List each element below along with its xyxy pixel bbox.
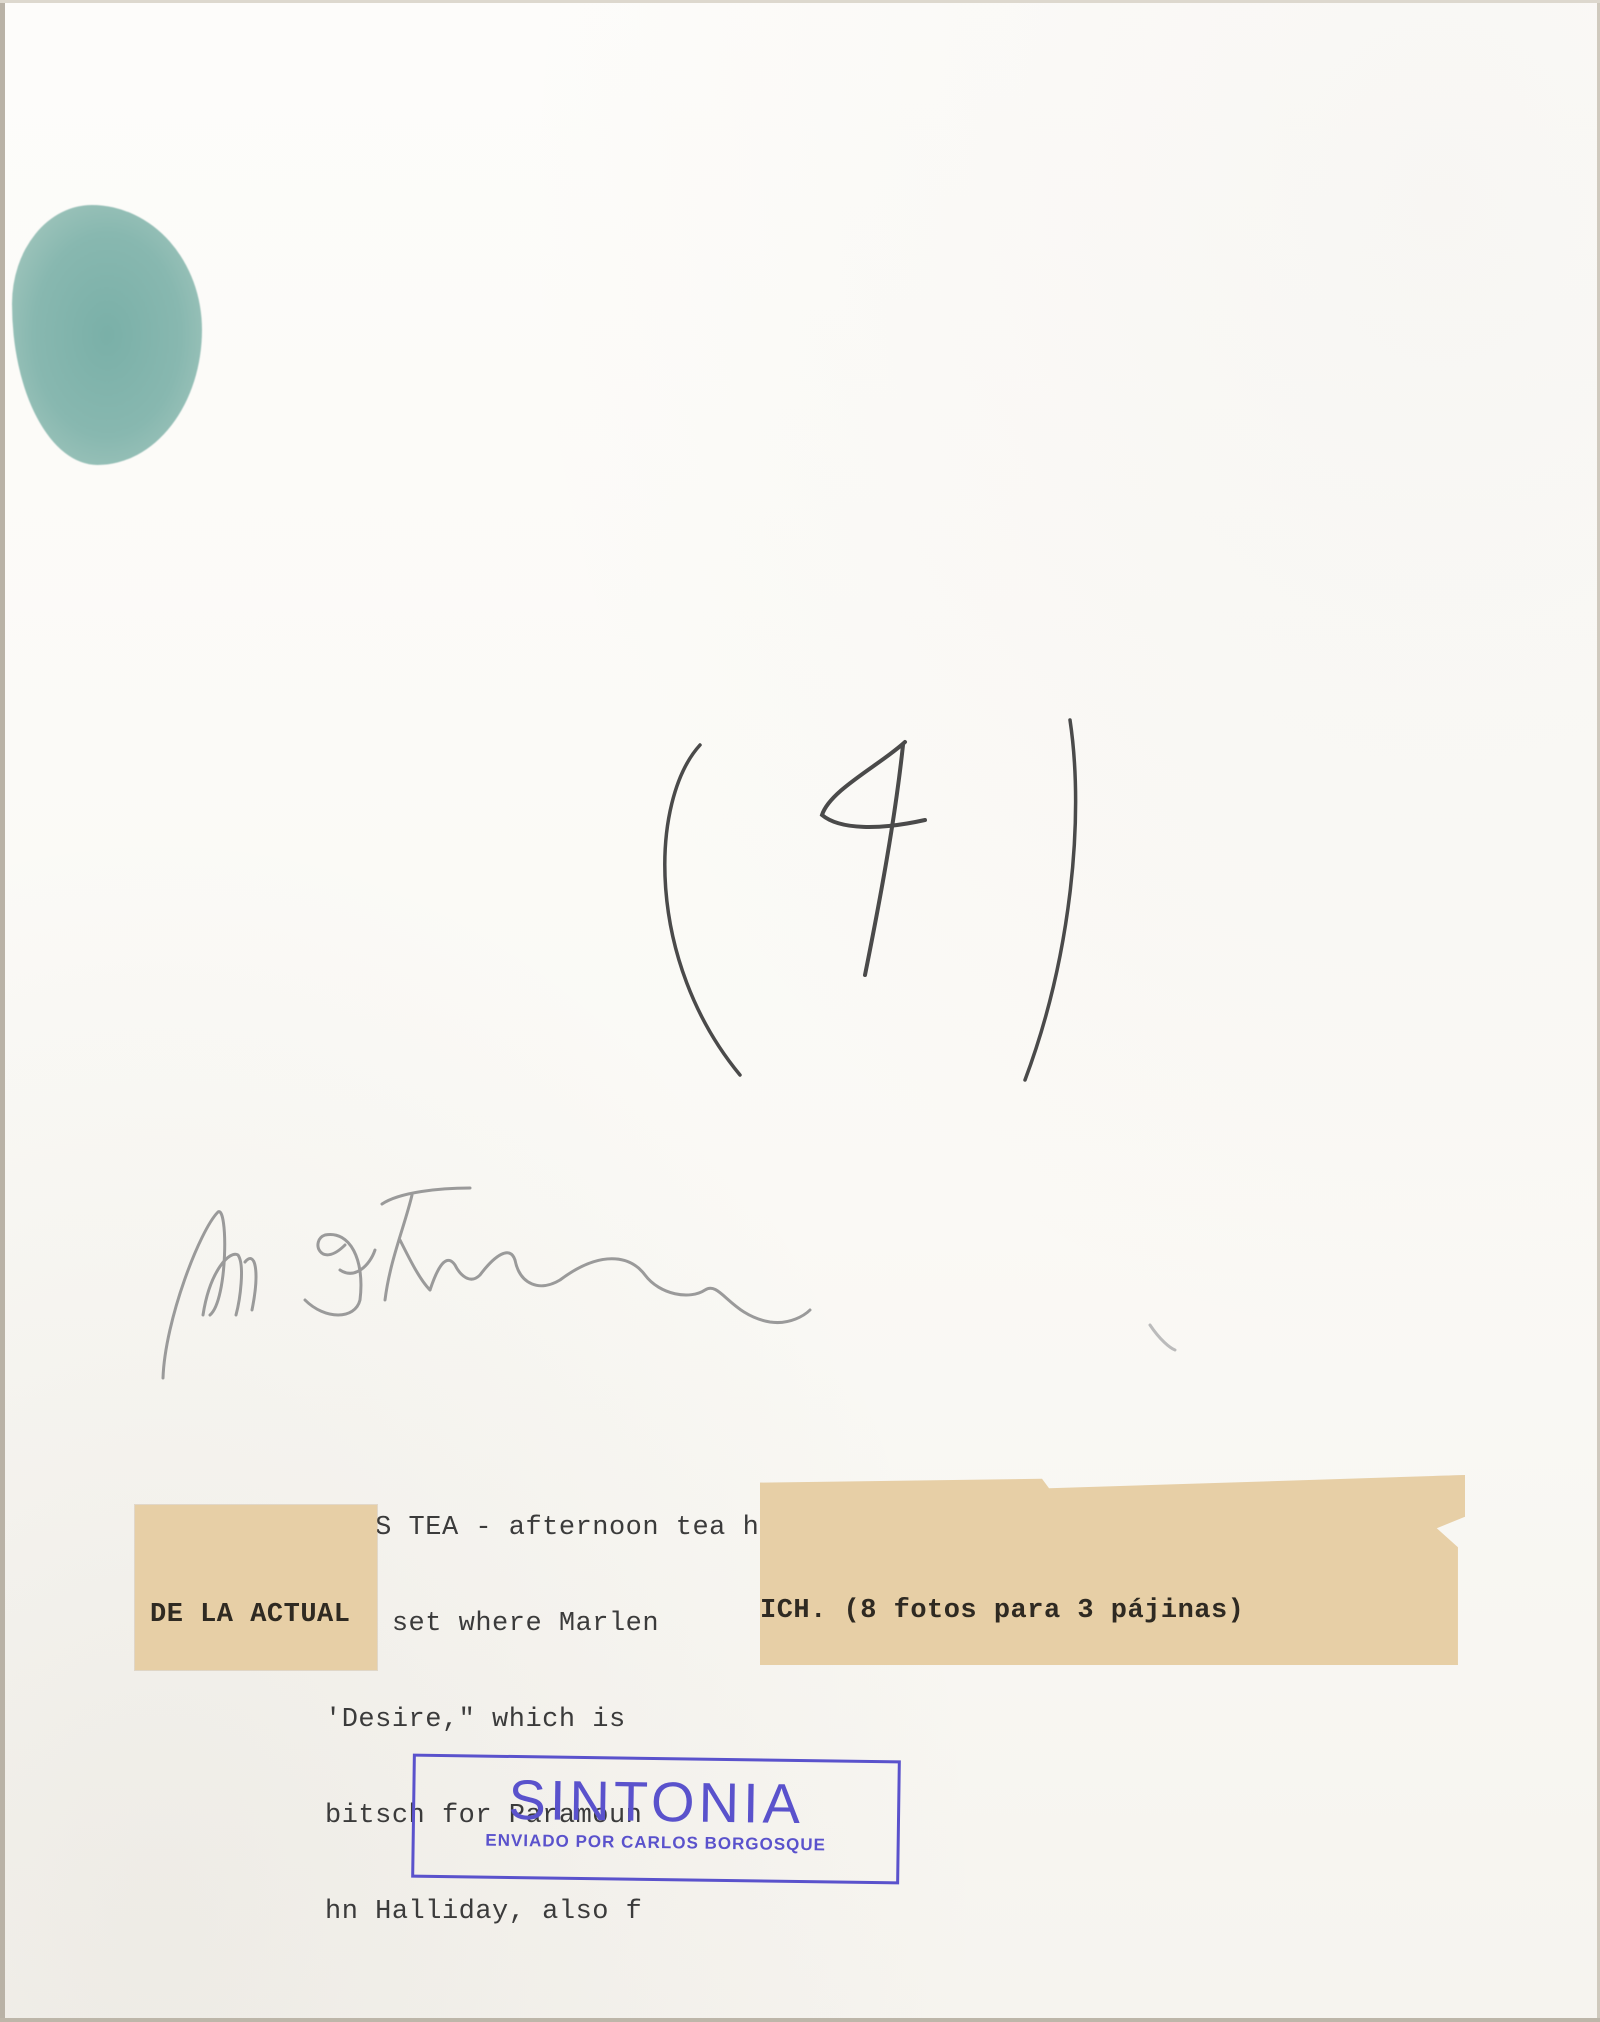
clipping-line: ICH. (8 fotos para 3 pájinas)	[760, 1595, 1244, 1627]
newspaper-clipping-left: DE LA ACTUAL Con John Ha femenina y	[135, 1505, 377, 1670]
newspaper-clipping-right: ICH. (8 fotos para 3 pájinas) en el set,…	[760, 1475, 1465, 1665]
stamp-title: SINTONIA	[415, 1769, 898, 1836]
clipping-line: DE LA ACTUAL	[150, 1599, 350, 1631]
sintonia-stamp: SINTONIA ENVIADO POR CARLOS BORGOSQUE	[411, 1754, 901, 1885]
caption-line: 'Desire," which is	[158, 1704, 1258, 1736]
caption-line: hn Halliday, also f	[158, 1896, 1258, 1928]
handwritten-number	[665, 720, 1076, 1080]
handwritten-signature	[163, 1188, 1175, 1378]
